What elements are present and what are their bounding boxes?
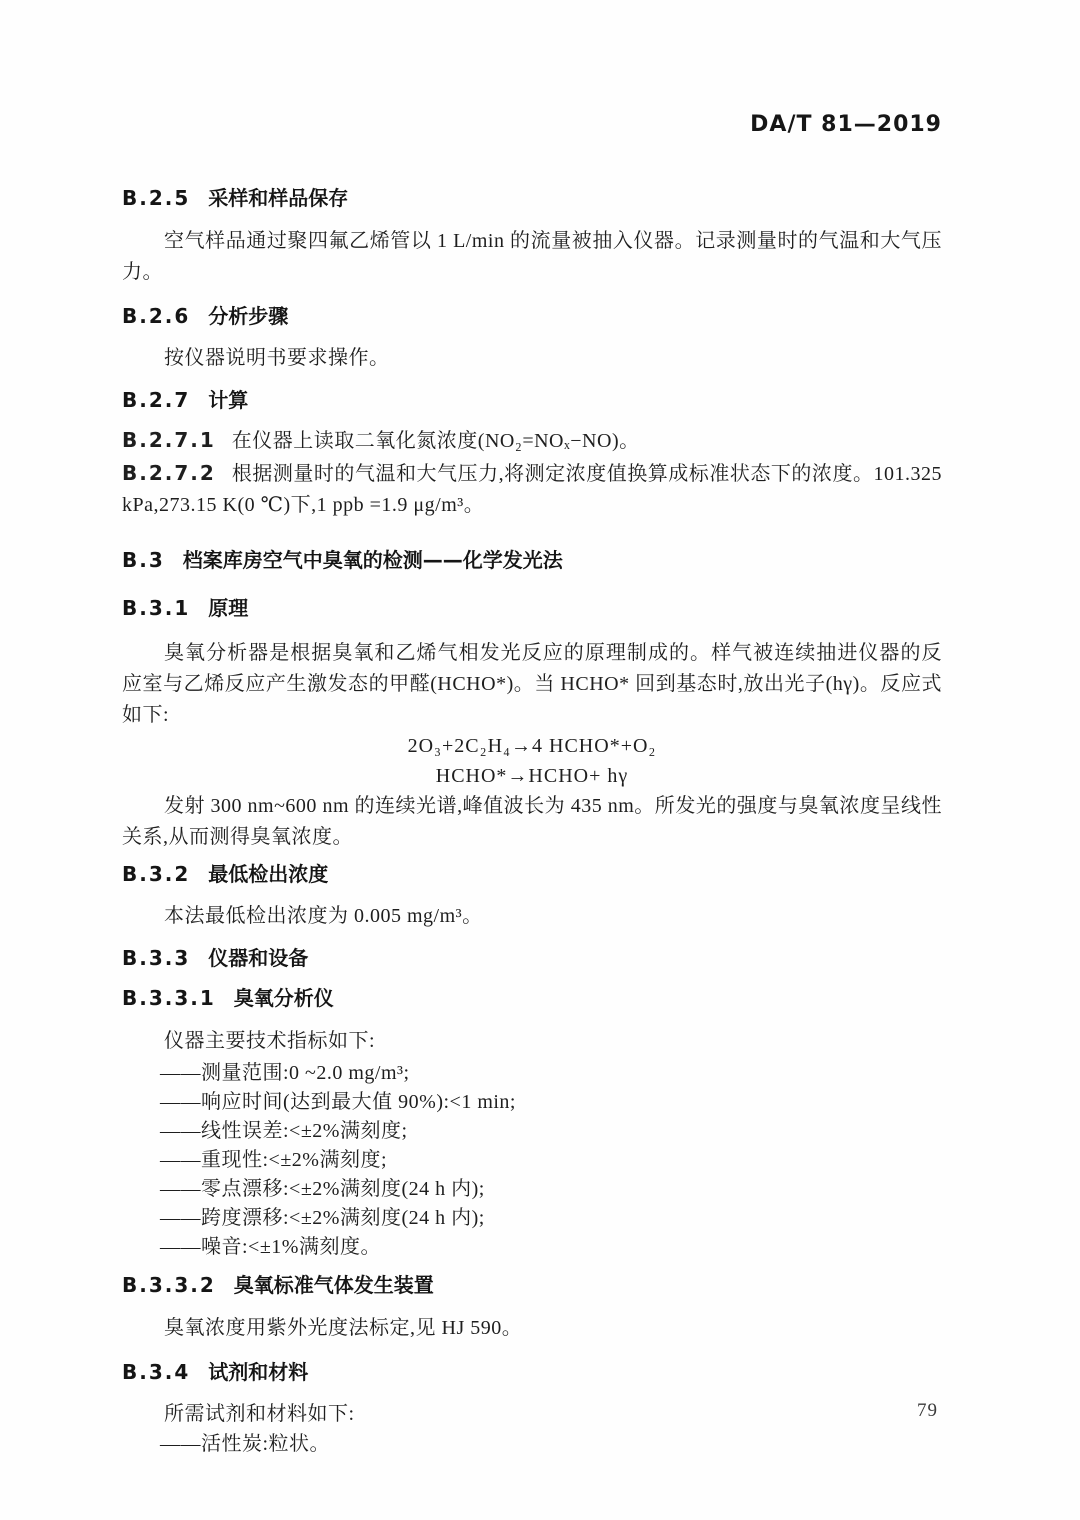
paragraph-b3-3-1-intro: 仪器主要技术指标如下: bbox=[122, 1026, 942, 1057]
section-number: B.2.5 bbox=[122, 186, 190, 210]
section-number: B.3.2 bbox=[122, 862, 190, 886]
material-list: ——活性炭:粒状。 bbox=[122, 1430, 942, 1459]
section-number: B.2.7 bbox=[122, 388, 190, 412]
paragraph-b3-2: 本法最低检出浓度为 0.005 mg/m³。 bbox=[122, 901, 942, 932]
document-page: DA/T 81—2019 B.2.5采样和样品保存 空气样品通过聚四氟乙烯管以 … bbox=[0, 0, 1080, 1520]
section-title: 最低检出浓度 bbox=[208, 862, 328, 886]
section-number: B.3.1 bbox=[122, 596, 190, 620]
spec-list: ——测量范围:0 ~2.0 mg/m³; ——响应时间(达到最大值 90%):<… bbox=[122, 1059, 942, 1262]
section-number: B.3.3.2 bbox=[122, 1273, 216, 1297]
section-title: 原理 bbox=[208, 596, 248, 620]
spec-item-noise: ——噪音:<±1%满刻度。 bbox=[122, 1233, 942, 1262]
section-heading-b2-7: B.2.7计算 bbox=[122, 385, 942, 416]
section-title: 采样和样品保存 bbox=[208, 186, 348, 210]
section-heading-b3-2: B.3.2最低检出浓度 bbox=[122, 859, 942, 890]
page-content: DA/T 81—2019 B.2.5采样和样品保存 空气样品通过聚四氟乙烯管以 … bbox=[122, 0, 942, 1459]
section-heading-b3-3: B.3.3仪器和设备 bbox=[122, 943, 942, 974]
section-title: 仪器和设备 bbox=[208, 946, 308, 970]
spec-item-range: ——测量范围:0 ~2.0 mg/m³; bbox=[122, 1059, 942, 1088]
page-number: 79 bbox=[917, 1400, 938, 1422]
section-number: B.2.6 bbox=[122, 304, 190, 328]
section-heading-b2-6: B.2.6分析步骤 bbox=[122, 301, 942, 332]
section-number: B.3.3 bbox=[122, 946, 190, 970]
clause-number: B.2.7.1 bbox=[122, 428, 216, 452]
section-title: 档案库房空气中臭氧的检测——化学发光法 bbox=[183, 548, 563, 572]
section-number: B.3.4 bbox=[122, 1360, 190, 1384]
spec-item-span-drift: ——跨度漂移:<±2%满刻度(24 h 内); bbox=[122, 1204, 942, 1233]
section-title: 试剂和材料 bbox=[208, 1360, 308, 1384]
section-title: 臭氧分析仪 bbox=[234, 986, 334, 1010]
material-item-activated-carbon: ——活性炭:粒状。 bbox=[122, 1430, 942, 1459]
paragraph-b2-7-1: B.2.7.1在仪器上读取二氧化氮浓度(NO₂=NOₓ−NO)。 bbox=[122, 425, 942, 457]
section-number: B.3.3.1 bbox=[122, 986, 216, 1010]
section-heading-b3-3-2: B.3.3.2臭氧标准气体发生装置 bbox=[122, 1270, 942, 1301]
clause-text: 根据测量时的气温和大气压力,将测定浓度值换算成标准状态下的浓度。101.325 … bbox=[122, 463, 942, 516]
section-heading-b3: B.3档案库房空气中臭氧的检测——化学发光法 bbox=[122, 545, 942, 576]
section-heading-b3-1: B.3.1原理 bbox=[122, 593, 942, 624]
spec-item-repeatability: ——重现性:<±2%满刻度; bbox=[122, 1146, 942, 1175]
clause-text: 在仪器上读取二氧化氮浓度(NO₂=NOₓ−NO)。 bbox=[232, 430, 640, 452]
paragraph-b3-4-intro: 所需试剂和材料如下: bbox=[122, 1399, 942, 1430]
spec-item-zero-drift: ——零点漂移:<±2%满刻度(24 h 内); bbox=[122, 1175, 942, 1204]
section-title: 计算 bbox=[208, 388, 248, 412]
spec-item-response-time: ——响应时间(达到最大值 90%):<1 min; bbox=[122, 1088, 942, 1117]
paragraph-b2-6: 按仪器说明书要求操作。 bbox=[122, 343, 942, 374]
paragraph-b3-3-2: 臭氧浓度用紫外光度法标定,见 HJ 590。 bbox=[122, 1313, 942, 1344]
reaction-formula-2: HCHO*→HCHO+ hγ bbox=[122, 761, 942, 791]
section-heading-b2-5: B.2.5采样和样品保存 bbox=[122, 183, 942, 214]
section-title: 分析步骤 bbox=[208, 304, 288, 328]
section-heading-b3-4: B.3.4试剂和材料 bbox=[122, 1357, 942, 1388]
clause-number: B.2.7.2 bbox=[122, 461, 216, 485]
doc-number-header: DA/T 81—2019 bbox=[122, 112, 942, 137]
section-title: 臭氧标准气体发生装置 bbox=[234, 1273, 434, 1297]
section-number: B.3 bbox=[122, 548, 165, 572]
paragraph-b3-1-emission: 发射 300 nm~600 nm 的连续光谱,峰值波长为 435 nm。所发光的… bbox=[122, 791, 942, 853]
paragraph-b2-7-2: B.2.7.2根据测量时的气温和大气压力,将测定浓度值换算成标准状态下的浓度。1… bbox=[122, 458, 942, 521]
section-heading-b3-3-1: B.3.3.1臭氧分析仪 bbox=[122, 983, 942, 1014]
spec-item-linearity-error: ——线性误差:<±2%满刻度; bbox=[122, 1117, 942, 1146]
paragraph-b3-1-intro: 臭氧分析器是根据臭氧和乙烯气相发光反应的原理制成的。样气被连续抽进仪器的反应室与… bbox=[122, 638, 942, 731]
paragraph-b2-5: 空气样品通过聚四氟乙烯管以 1 L/min 的流量被抽入仪器。记录测量时的气温和… bbox=[122, 226, 942, 288]
reaction-formula-1: 2O₃+2C₂H₄→4 HCHO*+O₂ bbox=[122, 731, 942, 761]
